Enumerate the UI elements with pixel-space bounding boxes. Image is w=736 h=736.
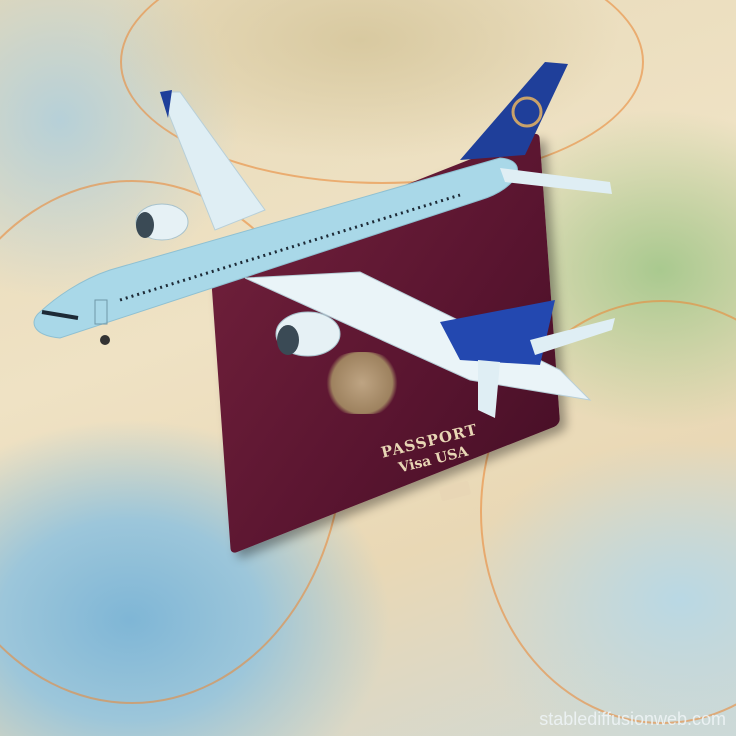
toy-airplane: [0, 0, 736, 736]
watermark: stablediffusionweb.com: [539, 709, 726, 730]
photo-scene: PASSPORT Visa USA stablediffusionweb.com: [0, 0, 736, 736]
